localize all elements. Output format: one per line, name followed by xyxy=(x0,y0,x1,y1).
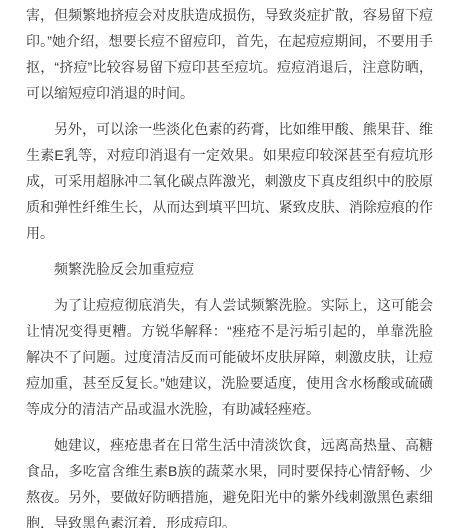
paragraph-diet-and-sun-protection: 她建议，痤疮患者在日常生活中清淡饮食，远离高热量、高糖食品，多吃富含维生素B族的… xyxy=(26,432,433,528)
paragraph-fading-cream-and-laser: 另外，可以涂一些淡化色素的药膏，比如维甲酸、熊果苷、维生素E乳等，对痘印消退有一… xyxy=(26,116,433,246)
paragraph-frequent-washing: 为了让痘痘彻底消失，有人尝试频繁洗脸。实际上，这可能会让情况变得更糟。方锐华解释… xyxy=(26,292,433,422)
section-subheading: 频繁洗脸反会加重痘痘 xyxy=(26,256,433,282)
article-page: 害，但频繁地挤痘会对皮肤造成损伤，导致炎症扩散，容易留下痘印。”她介绍，想要长痘… xyxy=(0,0,457,528)
paragraph-continuation: 害，但频繁地挤痘会对皮肤造成损伤，导致炎症扩散，容易留下痘印。”她介绍，想要长痘… xyxy=(26,2,433,106)
